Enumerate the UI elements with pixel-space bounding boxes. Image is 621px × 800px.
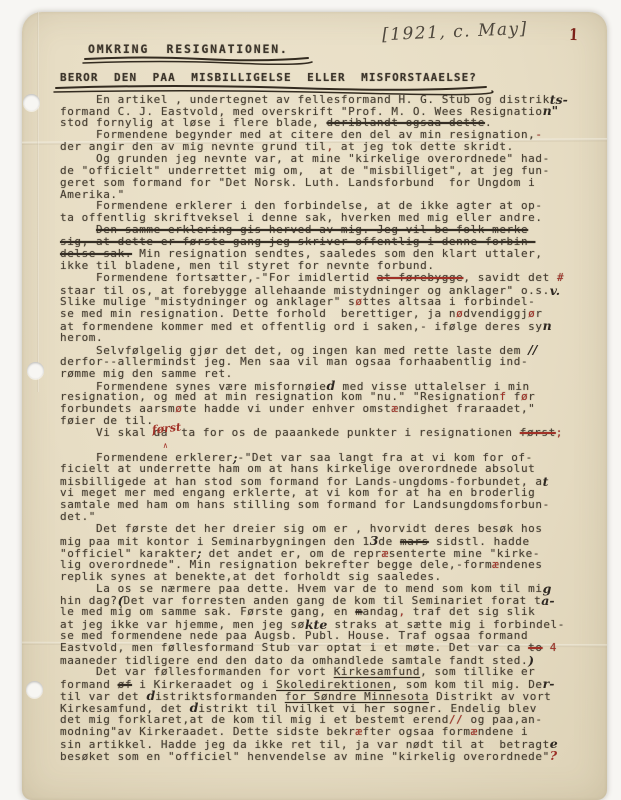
text-segment: Formendene fortsætter,-"For imidlertid (60, 271, 377, 284)
typed-line: sin artikkel. Hadde jeg da ikke ret til,… (60, 738, 568, 750)
text-segment: se med min resignation. Dette forhold be… (60, 307, 456, 320)
typed-line: Vi skal daførst∧ ta for os de paaankede … (60, 427, 568, 439)
text-segment: , som tillike er (420, 665, 535, 678)
text-segment: a- (541, 593, 554, 608)
text-segment: Kirkesamfund (334, 665, 420, 678)
typed-line: til var det distriktsformanden for Søndr… (60, 690, 568, 702)
text-segment: besøket som en "officiel" henvendelse av… (60, 750, 550, 763)
typed-line: formand øf i Kirkeraadet og i Skoledirek… (60, 678, 568, 690)
text-segment: ficielt at underrette ham om at hans kir… (60, 462, 535, 475)
text-segment: t (543, 474, 549, 489)
title-underline (82, 55, 314, 67)
typed-line: mig paa mit kontor i Seminarbygningen de… (60, 535, 568, 547)
text-segment: samtale med ham om hans stilling som for… (60, 498, 550, 511)
text-segment: først (520, 426, 556, 439)
text-segment: replik synes at benekte,at det forholdt … (60, 570, 442, 583)
typed-line: geret som formand for "Det Norsk. Luth. … (60, 177, 568, 189)
text-segment: ) (528, 653, 534, 668)
text-segment: d (146, 688, 155, 703)
text-segment: r (535, 307, 542, 320)
text-segment: herom. (60, 331, 103, 344)
typed-line: Det var føllesformanden for vort Kirkesa… (60, 666, 568, 678)
typed-line: at formendene kommer med et offentlig or… (60, 320, 568, 332)
text-segment: at førebygge (377, 271, 463, 284)
text-segment: Det første det her dreier sig om er , hv… (60, 522, 543, 535)
text-segment: ta for os de paaankede punkter i resigna… (174, 426, 520, 439)
text-segment: 4 (543, 641, 557, 654)
text-segment: ndene i (478, 725, 528, 738)
text-segment: ( (118, 593, 124, 608)
typed-line: replik synes at benekte,at det forholdt … (60, 571, 568, 583)
typed-line (60, 439, 568, 451)
typed-line: En artikel , undertegnet av fellesforman… (60, 93, 568, 105)
text-segment: æ (355, 725, 362, 738)
text-segment: traf det sig slik (406, 605, 536, 618)
text-segment: ; (197, 545, 202, 560)
text-segment: andag (363, 605, 399, 618)
paper-crease (37, 12, 39, 392)
text-segment: ? (550, 748, 557, 763)
typed-line: La os se nærmere paa dette. Hvem var de … (60, 582, 568, 594)
text-segment: rømme mig den samme ret. (60, 367, 233, 380)
text-segment: Det var føllesformanden for vort (60, 665, 334, 678)
text-segment: d (327, 378, 336, 393)
text-segment: 3 (370, 533, 379, 548)
typed-line: se med min resignation. Dette forhold be… (60, 308, 568, 320)
text-segment: ; (233, 450, 238, 465)
text-segment: Eastvold, men føllesformand Stub var opt… (60, 641, 528, 654)
text-segment: te hadde vi under enhver omst (182, 402, 391, 415)
text-segment: æ (471, 725, 478, 738)
scanned-page: [1921, c. May] 1 OMKRING RESIGNATIONEN. … (0, 0, 621, 800)
text-segment: r- (543, 676, 555, 691)
text-segment: æ (391, 402, 398, 415)
paper-sheet: [1921, c. May] 1 OMKRING RESIGNATIONEN. … (22, 12, 607, 800)
page-number: 1 (569, 25, 579, 44)
typed-line: herom. (60, 332, 568, 344)
text-segment: ; (556, 426, 563, 439)
text-segment: n" (543, 103, 559, 118)
inserted-word-annotation: først∧ (168, 435, 174, 436)
text-segment: , savidt det (463, 271, 557, 284)
typed-line: ficielt at underrette ham om at hans kir… (60, 463, 568, 475)
typed-body: En artikel , undertegnet av fellesforman… (60, 93, 568, 762)
text-segment: m (355, 605, 362, 618)
text-segment: n (543, 318, 552, 333)
typed-line: rømme mig den samme ret. (60, 368, 568, 380)
text-segment: , (399, 605, 406, 618)
typed-line: Det første det her dreier sig om er , hv… (60, 523, 568, 535)
punch-hole (23, 94, 40, 111)
text-segment: d (190, 700, 199, 715)
text-segment: fter ogsaa form (363, 725, 471, 738)
text-segment: ndighet fraraadet," (399, 402, 536, 415)
text-segment: ndenes (499, 558, 542, 571)
typed-line: Formendene fortsætter,-"For imidlertid a… (60, 272, 568, 284)
typed-line: samtale med ham om hans stilling som for… (60, 499, 568, 511)
document-title: OMKRING RESIGNATIONEN. (88, 42, 289, 56)
text-segment: geret som formand for "Det Norsk. Luth. … (60, 176, 535, 189)
text-segment: v. (550, 283, 560, 298)
text-segment: at formendene kommer med et offentlig or… (60, 320, 543, 333)
punch-hole (26, 681, 43, 698)
punch-hole (27, 362, 44, 379)
document-subtitle: BEROR DEN PAA MISBILLIGELSE ELLER MISFOR… (60, 71, 477, 84)
typed-line: Eastvold, men føllesformand Stub var opt… (60, 642, 568, 654)
text-segment: - (535, 128, 542, 141)
text-segment: kte (305, 617, 327, 632)
handwritten-date: [1921, c. May] (382, 19, 529, 45)
text-segment: // (528, 342, 537, 357)
text-segment: dvendiggj (463, 307, 528, 320)
text-segment: modning"av Kirkeraadet. Dette sidste bek… (60, 725, 355, 738)
typed-line: besøket som en "officiel" henvendelse av… (60, 750, 568, 762)
typed-line: modning"av Kirkeraadet. Dette sidste bek… (60, 726, 568, 738)
